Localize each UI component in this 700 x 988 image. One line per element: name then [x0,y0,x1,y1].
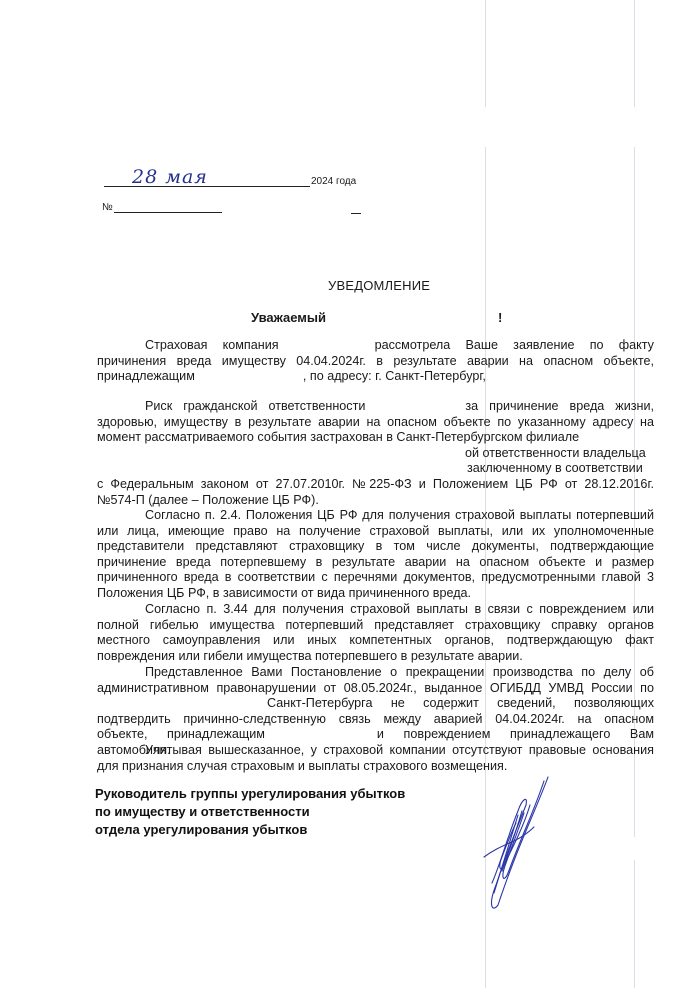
text-line: ой ответственности владельца [97,446,654,462]
number-prefix: № [102,202,113,213]
paragraph-intro: Страховая компаниярассмотрела Ваше заявл… [97,338,654,385]
text-line: Согласно п. 3.44 для получения страховой… [97,602,654,618]
document-title: УВЕДОМЛЕНИЕ [328,278,430,293]
text-line: для признания случая страховым и выплаты… [97,759,654,775]
signatory-title: Руководитель группы урегулирования убытк… [95,785,405,839]
text-line: местного самоуправления или иных компете… [97,633,654,649]
text-line: подтвердить причинно-следственную связь … [97,712,654,728]
salutation-exclamation: ! [498,310,502,325]
date-suffix: 2024 года [311,176,356,187]
salutation: Уважаемый [251,310,326,325]
scan-line [485,0,486,107]
number-underline [114,212,222,213]
signatory-line: отдела урегулирования убытков [95,821,405,839]
text-line: причинения вреда имуществу 04.04.2024г. … [97,354,654,370]
text-line: причинение вреда потерпевшему в результа… [97,555,654,571]
text-line: Положения ЦБ РФ, в зависимости от вида п… [97,586,654,602]
signatory-line: по имуществу и ответственности [95,803,405,821]
scan-line [634,860,635,988]
paragraph-liability: Риск гражданской ответственностиза причи… [97,399,654,508]
text-line: причиненного вреда в соответствии с пере… [97,570,654,586]
text-line: №574-П (далее – Положение ЦБ РФ). [97,493,654,509]
text-line: Согласно п. 2.4. Положения ЦБ РФ для пол… [97,508,654,524]
dash-mark [351,213,361,214]
text-line: объекте, принадлежащими повреждением при… [97,727,654,743]
date-handwritten: 28 мая [132,166,208,188]
signatory-line: Руководитель группы урегулирования убытк… [95,785,405,803]
paragraph-clause-3-44: Согласно п. 3.44 для получения страховой… [97,602,654,664]
text-line: здоровью, имуществу в результате аварии … [97,415,654,431]
text-line: Страховая компаниярассмотрела Ваше заявл… [97,338,654,354]
paragraph-conclusion: Учитывая вышесказанное, у страховой комп… [97,743,654,774]
text-line: Санкт-Петербурга не содержит сведений, п… [97,696,654,712]
text-line: Представленное Вами Постановление о прек… [97,665,654,681]
text-line: Риск гражданской ответственностиза причи… [97,399,654,415]
text-line: представители представляют страховщику в… [97,539,654,555]
date-underline [104,186,310,187]
text-line: полной гибелью имущества потерпевший пре… [97,618,654,634]
scan-line [634,0,635,107]
text-line: административном правонарушении от 08.05… [97,681,654,697]
text-line: с Федеральным законом от 27.07.2010г. №2… [97,477,654,493]
text-line: Учитывая вышесказанное, у страховой комп… [97,743,654,759]
paragraph-clause-2-4: Согласно п. 2.4. Положения ЦБ РФ для пол… [97,508,654,602]
signature-icon [478,775,558,915]
text-line: заключенному в соответствии [97,461,654,477]
text-line: момент рассматриваемого события застрахо… [97,430,654,446]
text-line: повреждения или гибели имущества потерпе… [97,649,654,665]
text-line: или лица, имеющие право на получение стр… [97,524,654,540]
text-line: принадлежащим, по адресу: г. Санкт-Петер… [97,369,654,385]
